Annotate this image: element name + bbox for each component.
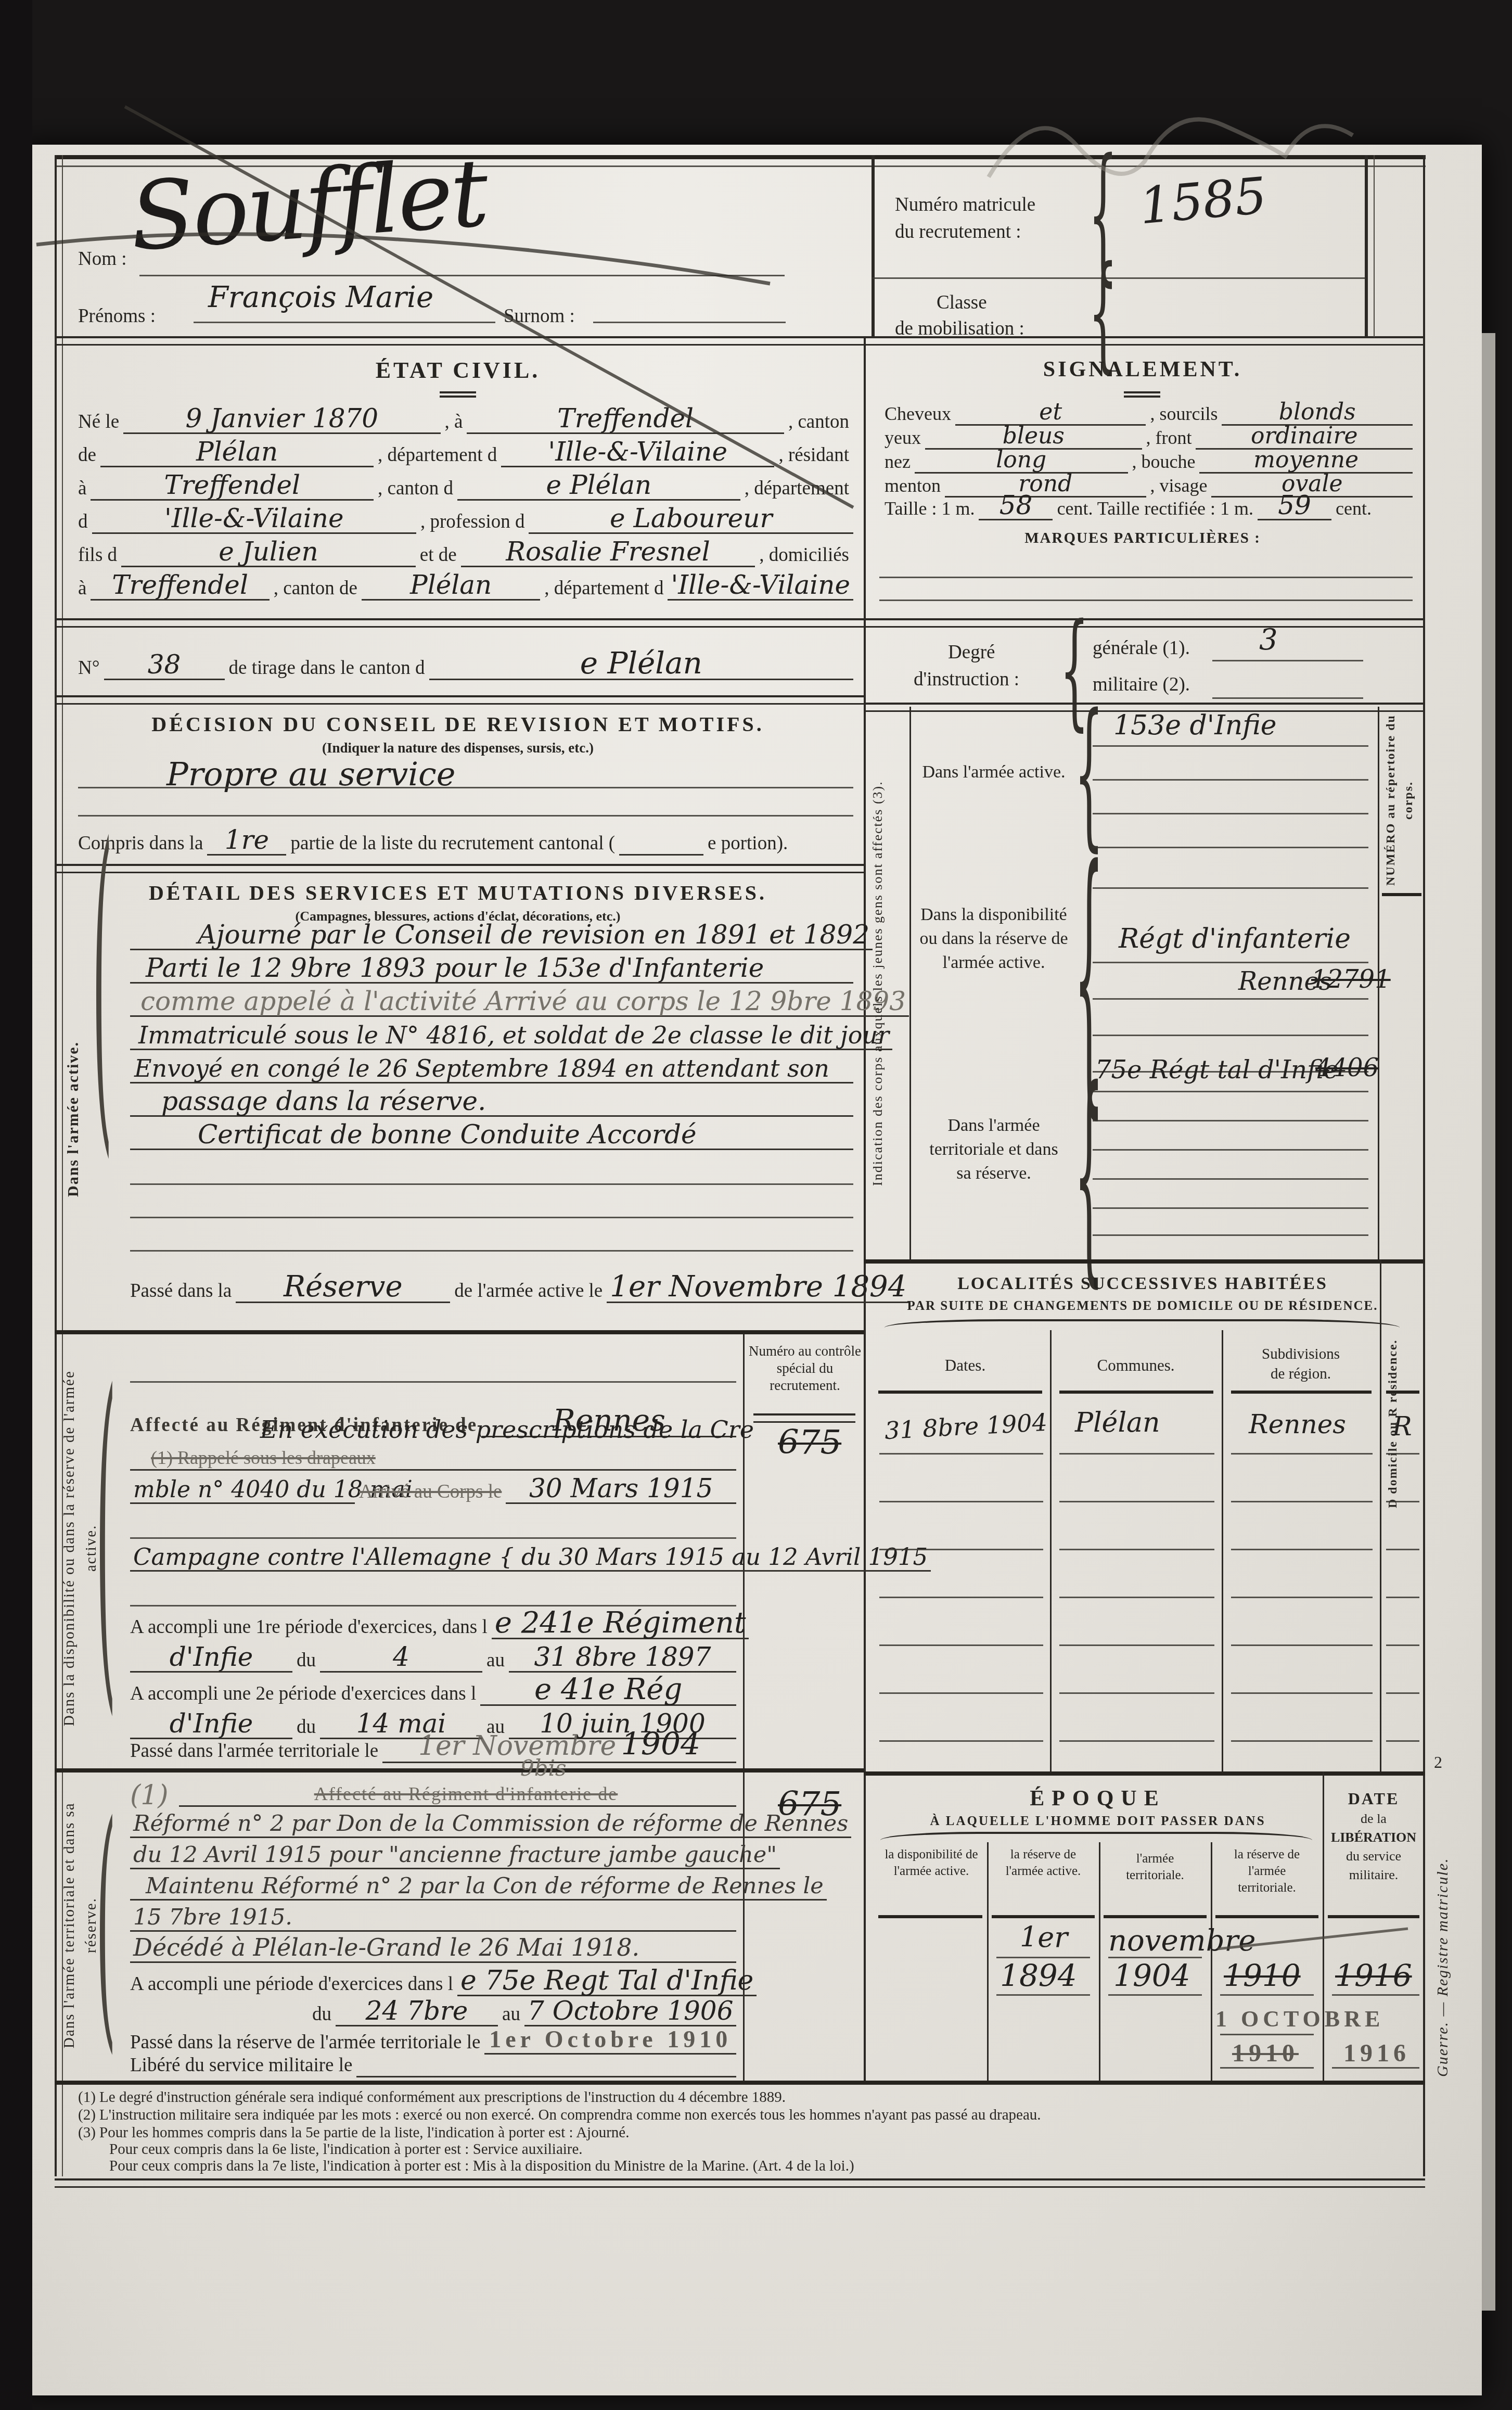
label: Passé dans la [130,1280,236,1303]
rule [1231,1597,1373,1598]
rule [78,815,853,817]
field-line: 38 [104,654,225,680]
field-line [356,2076,736,2077]
title-flourish [440,389,476,400]
rule [1386,1549,1419,1550]
epoque-col-divider [1211,1842,1212,2081]
rule [1386,1501,1419,1502]
epoque-col-1: la réserve de l'armée active. [994,1846,1093,1880]
tirage-row: N° 38 de tirage dans le canton d e Pléla… [78,648,853,680]
label: , domiciliés [755,544,853,567]
value: 4 [393,1642,409,1672]
field-line: (1) Rappelé sous les drapeaux [130,1447,736,1471]
footnote-1: (1) Le degré d'instruction générale sera… [78,2089,786,2106]
periode1-dates-row: d'Infie du 4 au 31 8bre 1897 [130,1640,736,1673]
rule [130,1250,853,1252]
tirage-no: 38 [148,649,181,680]
field-line: 1re [207,829,286,856]
rule [1231,1501,1373,1502]
rule [55,1768,864,1773]
au-label: au [498,2003,524,2026]
service-line: Immatriculé sous le N° 4816, et soldat d… [130,1019,853,1050]
localites-col-subdiv-2: de région. [1271,1366,1331,1383]
stamp: 1er Octobre 1910 [489,2026,732,2052]
label: fils d [78,544,121,567]
value: Réserve [284,1270,403,1304]
field-line: e 241e Régiment [492,1611,749,1639]
value: e Plélan [546,470,651,500]
field-line: e Plélan [457,474,740,501]
rule [1059,1692,1214,1694]
field-line: 9 Janvier 1870 [123,407,440,434]
rule [1231,1644,1373,1646]
degre-label-1: Degré [948,641,995,664]
label: , front [1142,427,1196,450]
rule [879,1597,1043,1598]
field-line: Immatriculé sous le N° 4816, et soldat d… [130,1025,892,1050]
corps-terr-value: 75e Régt tal d'Infie [1095,1060,1338,1081]
rule [879,577,1413,578]
field-line: 1er Octobre 1910 [484,2025,736,2055]
margin-caption: Guerre. — Registre matricule. [1432,1785,1456,2149]
campagne-row: Campagne contre l'Allemagne { du 30 Mars… [130,1539,736,1572]
rule [879,1692,1043,1694]
field-line: Certificat de bonne Conduite Accordé [130,1124,853,1150]
rule [1093,1035,1368,1036]
localites-commune: Plélan [1075,1411,1160,1434]
label: Passé dans l'armée territoriale le [130,1740,382,1763]
rule [1059,1501,1214,1502]
field-line: Treffendel [91,574,269,601]
field-line: comme appelé à l'activité Arrivé au corp… [130,990,909,1017]
rule [878,1915,982,1918]
matricule-box-right-border [1365,155,1368,337]
decede-line: Décédé à Plélan-le-Grand le 26 Mai 1918. [130,1933,736,1963]
rule [879,600,1413,601]
rule [879,1644,1043,1646]
rule [55,618,1425,628]
field-line: e Julien [121,541,416,567]
field-line: mble n° 4040 du 18 mai [130,1480,355,1504]
affecte-row-2: (1) Affecté au Régiment d'infanterie de [130,1776,736,1807]
service-line: Parti le 12 9bre 1893 pour le 153e d'Inf… [130,952,853,984]
epoque-1904: 1904 [1113,1963,1190,1988]
value: bleus [1003,423,1065,449]
value: long [996,447,1046,473]
rule [55,695,864,705]
taille-row: Taille : 1 m. 58 cent. Taille rectifiée … [885,496,1413,520]
field-line: 58 [979,494,1053,520]
rule [1093,1207,1368,1209]
label: Cheveux [885,403,955,426]
epoque-col-divider [987,1842,989,2081]
militaire-label: militaire (2). [1093,673,1190,696]
periode-exercices-dates: du 24 7bre au 7 Octobre 1906 [130,1998,736,2026]
localites-dr-value: R [1392,1416,1412,1438]
rule [1059,1549,1214,1550]
label: , résidant [774,444,853,467]
rule [55,336,1425,346]
epoque-1894: 1894 [1000,1963,1077,1988]
compris-value: 1re [225,825,269,855]
tirage-no-label: N° [78,657,104,680]
field-line: Maintenu Réformé n° 2 par la Con de réfo… [130,1873,827,1901]
decision-subtitle: (Indiquer la nature des dispenses, sursi… [322,740,594,756]
section-brace: ( [96,1791,116,2055]
decision-value: Propre au service [166,761,455,788]
services-title: DÉTAIL DES SERVICES ET MUTATIONS DIVERSE… [149,881,767,905]
surnom-line [593,322,786,323]
label: , canton de [270,577,362,601]
service-text: Ajourné par le Conseil de revision en 18… [198,920,869,950]
label: Libéré du service militaire le [130,2054,356,2077]
arrive-label: Arrivé au Corps le [355,1481,506,1504]
field-line: passage dans la réserve. [130,1090,853,1117]
epoque-date-divider [1323,1771,1324,2081]
rule [872,277,1365,279]
epoque-col-divider [1099,1842,1100,2081]
form-left-border [55,155,57,2176]
scanner-background-left [0,0,32,2410]
rule [879,1740,1043,1742]
label: Né le [78,411,123,434]
stamp-1910: 1910 [1232,2039,1299,2068]
label: de [78,444,100,467]
footnote-4: Pour ceux compris dans la 6e liste, l'in… [109,2141,583,2158]
corps-dispo-num: 12791 [1311,969,1391,990]
form-right-border [1423,155,1425,2176]
rule [1332,1994,1419,1996]
label: , département d [374,444,501,467]
rule [1386,1453,1419,1455]
field-line: Réserve [236,1274,450,1303]
value: d'Infie [170,1642,253,1672]
value: 'Ille-&-Vilaine [164,503,344,533]
du-label: du [292,1649,320,1673]
value: e 75e Regt Tal d'Infie [460,1965,753,1996]
footnote-3: (3) Pour les hommes compris dans la 5e p… [78,2124,629,2141]
label: , département d [540,577,668,601]
label: menton [885,475,945,498]
rule [1220,1994,1314,1996]
rule [1104,1915,1207,1918]
value: Plélan [410,570,492,600]
rule [1212,660,1363,661]
matricule-box-left-border [872,155,875,337]
marques-label: MARQUES PARTICULIÈRES : [1024,530,1261,547]
corps-side-label: Indication des corps auxquels les jeunes… [867,713,907,1254]
value: 59 [1278,490,1311,520]
numero-controle-header: Numéro au contrôle spécial du recrutemen… [748,1343,862,1394]
matricule-label-1: Numéro matricule [895,194,1035,216]
rule [130,1381,736,1383]
rule [1231,1549,1373,1550]
prenoms-label: Prénoms : [78,305,156,327]
field-line: 'Ille-&-Vilaine [501,441,774,467]
rule [1231,1740,1373,1742]
field-line: e Laboureur [529,507,853,534]
text: Réformé n° 2 par Don de la Commission de… [133,1810,848,1837]
du-label: du [308,2003,336,2026]
rappele-handwritten-1: En exécution des prescriptions de la Cre [260,1420,754,1440]
label: cent. Taille rectifiée : 1 m. [1053,498,1258,520]
value: 7 Octobre 1906 [528,1996,734,2026]
prenoms-value: François Marie [208,285,433,310]
footnote-5: Pour ceux compris dans la 7e liste, l'in… [109,2158,854,2175]
label: , profession d [416,511,529,534]
label: , bouche [1128,451,1200,474]
flourish [880,1832,1312,1840]
matricule-value: 1585 [1137,167,1269,236]
field-line: 15 7bre 1915. [130,1904,736,1932]
field-line: 30 Mars 1915 [506,1477,736,1504]
corps-dispo-label: Dans la disponibilité ou dans la réserve… [913,903,1074,975]
rule [878,1391,1042,1394]
flourish [885,1319,1400,1328]
stamp-1-octobre: 1 OCTOBRE [1215,2006,1384,2032]
rule [879,1453,1043,1455]
service-line: passage dans la réserve. [130,1086,853,1117]
label: A accompli une 1re période d'exercices, … [130,1616,492,1639]
etat-civil-row: fils d e Julien et de Rosalie Fresnel , … [78,535,853,567]
field-line [619,854,703,856]
rule [1093,1120,1368,1121]
field-line: 'Ille-&-Vilaine [668,574,853,601]
prenoms-line [194,322,495,323]
section-brace: ( [96,1349,116,1716]
localites-col-dates: Dates. [945,1356,985,1375]
tirage-value: e Plélan [580,645,702,681]
field-line: Plélan [362,574,540,601]
rule [1382,893,1421,896]
field-line: e 75e Regt Tal d'Infie [457,1969,757,1996]
value: Treffendel [164,470,300,500]
rule [996,1994,1090,1996]
register-scan: Nom : Soufflet Prénoms : François Marie … [0,0,1512,2410]
label: A accompli une 2e période d'exercices da… [130,1682,480,1706]
title-flourish [1124,389,1160,400]
etat-civil-row: d 'Ille-&-Vilaine , profession d e Labou… [78,502,853,534]
rule [753,1413,855,1423]
value: 'Ille-&-Vilaine [671,570,850,600]
rule [1093,887,1368,889]
side-label-armee-active: Dans l'armée active. [62,916,88,1322]
corps-dispo-value: Régt d'infanterie [1119,927,1351,950]
text: Décédé à Plélan-le-Grand le 26 Mai 1918. [133,1933,639,1961]
column-divider [864,336,866,2081]
etat-civil-title: ÉTAT CIVIL. [376,357,541,384]
field-line: d'Infie [130,1646,292,1673]
value: Plélan [196,437,278,467]
rule [879,1501,1043,1502]
epoque-novembre: novembre [1108,1929,1255,1954]
value: 24 7bre [366,1996,468,2026]
value: e Laboureur [610,503,772,533]
field-line: Ajourné par le Conseil de revision en 18… [130,924,873,950]
field-line: e 41e Rég [480,1677,736,1706]
service-text: comme appelé à l'activité Arrivé au corp… [140,986,906,1016]
rule [1093,1234,1368,1236]
label: , sourcils [1146,403,1222,426]
localites-subdiv: Rennes [1249,1413,1346,1436]
au-label: au [482,1649,509,1673]
rule [879,1549,1043,1550]
field-line: Treffendel [91,474,374,501]
reforme-line: Maintenu Réformé n° 2 par la Con de réfo… [130,1870,736,1901]
value: ordinaire [1251,423,1357,449]
service-line: Certificat de bonne Conduite Accordé [130,1119,853,1150]
corps-terr-label: Dans l'armée territoriale et dans sa rés… [921,1114,1067,1185]
passe-value: 1904 [621,1726,701,1763]
rule [1093,1091,1368,1092]
nom-label: Nom : [78,248,127,270]
localites-dr-divider [1380,1259,1381,1771]
stamp-1916: 1916 [1343,2039,1410,2068]
periode2-row: A accompli une 2e période d'exercices da… [130,1674,736,1706]
value: Rosalie Fresnel [506,537,710,567]
rule [1215,1915,1318,1918]
value: moyenne [1253,447,1359,473]
rappele-printed: (1) Rappelé sous les drapeaux [151,1447,376,1468]
field-line: 59 [1258,494,1331,520]
text: Maintenu Réformé n° 2 par la Con de réfo… [146,1873,824,1899]
hand-mark: (1) [130,1784,179,1807]
localites-date: 31 8bre 1904 [884,1412,1047,1441]
localites-col-divider [1222,1330,1223,1771]
etat-civil-row: Né le 9 Janvier 1870 , à Treffendel , ca… [78,402,853,434]
generale-value: 3 [1259,628,1278,653]
numero-controle-value: 675 [778,1429,841,1457]
rule [1220,2067,1314,2069]
campagne-value: Campagne contre l'Allemagne { du 30 Mars… [133,1543,928,1571]
field-line: 4 [320,1646,482,1673]
rule [1386,1740,1419,1742]
reforme-line: 15 7bre 1915. [130,1902,736,1932]
rule [1093,998,1368,1000]
service-line: Ajourné par le Conseil de revision en 18… [130,919,853,950]
field-line: 7 Octobre 1906 [524,2000,737,2026]
matricule-label-2: du recrutement : [895,221,1021,243]
date-header-1: DATE [1348,1789,1400,1808]
text: 15 7bre 1915. [133,1904,292,1930]
label: de l'armée active le [450,1280,607,1303]
field-line: du 12 Avril 1915 pour "ancienne fracture… [130,1842,780,1869]
rule [1093,1149,1368,1151]
epoque-col-2: l'armée territoriale. [1106,1851,1205,1884]
label: nez [885,451,915,474]
field-line: 24 7bre [336,2000,498,2026]
localites-col-divider [1050,1330,1052,1771]
reforme-line: Réformé n° 2 par Don de la Commission de… [130,1808,736,1838]
label: et de [416,544,461,567]
rule [1220,2034,1314,2035]
value: e Julien [219,537,318,567]
classe-brace: { [1088,249,1118,375]
classe-label-1: Classe [937,291,987,314]
label: cent. [1331,498,1376,520]
rule [1093,745,1368,747]
rule [864,1771,1425,1776]
label: à [78,577,91,601]
tirage-text: de tirage dans le canton d [225,657,429,680]
decision-title: DÉCISION DU CONSEIL DE REVISION ET MOTIF… [151,712,764,736]
date-header-2: de la [1361,1811,1387,1827]
field-line: 1er Novembre 1894 [607,1274,909,1303]
localites-col-communes: Communes. [1097,1356,1175,1375]
rule [1093,962,1368,963]
label: , canton d [374,477,457,501]
label: , à [441,411,467,434]
rule [1386,1644,1419,1646]
localites-title: LOCALITÉS SUCCESSIVES HABITÉES [957,1274,1328,1294]
passe-reserve-row: Passé dans la Réserve de l'armée active … [130,1272,853,1303]
corps-brace: { [1074,1059,1104,1288]
value: 'Ille-&-Vilaine [548,437,728,467]
text: du 12 Avril 1915 pour "ancienne fracture… [133,1842,777,1868]
rule [864,1259,1425,1264]
field-line: Envoyé en congé le 26 Septembre 1894 en … [130,1059,853,1083]
rule [1059,1453,1214,1455]
field-line: 'Ille-&-Vilaine [92,507,417,534]
classe-label-2: de mobilisation : [895,317,1024,340]
rule [55,1330,864,1334]
rule [1093,1178,1368,1180]
arrive-value: 30 Mars 1915 [529,1473,713,1503]
rule [1231,1692,1373,1694]
field-line: Plélan [100,441,374,467]
rule [1328,1915,1419,1918]
signalement-row: menton rond , visage ovale [885,474,1413,498]
value: 9 Janvier 1870 [186,403,379,433]
field-line: 31 8bre 1897 [509,1646,736,1673]
label: à [78,477,91,501]
rule [1059,1597,1214,1598]
etat-civil-row: de Plélan , département d 'Ille-&-Vilain… [78,435,853,467]
epoque-subtitle: À LAQUELLE L'HOMME DOIT PASSER DANS [930,1814,1265,1829]
periode1-row: A accompli une 1re période d'exercices, … [130,1607,736,1639]
rule [55,2178,1425,2188]
service-text: Parti le 12 9bre 1893 pour le 153e d'Inf… [146,953,764,983]
field-line: Réformé n° 2 par Don de la Commission de… [130,1810,851,1838]
etat-civil-row: à Treffendel , canton de Plélan , départ… [78,568,853,601]
field-line: Décédé à Plélan-le-Grand le 26 Mai 1918. [130,1933,736,1963]
field-line: Parti le 12 9bre 1893 pour le 153e d'Inf… [130,957,853,984]
rule [55,864,864,873]
rule [55,2081,1425,2085]
etat-civil-row: à Treffendel , canton d e Plélan , dépar… [78,468,853,501]
corps-active-label: Dans l'armée active. [916,761,1072,784]
rule [1212,697,1363,699]
rule [1386,1597,1419,1598]
rule [130,1217,853,1218]
label: Passé dans la réserve de l'armée territo… [130,2031,484,2055]
rule [1093,813,1368,814]
rule [1059,1391,1213,1394]
margin-page-number: 2 [1434,1753,1442,1772]
rule [1386,1391,1419,1394]
value: e 241e Régiment [495,1606,746,1640]
service-line: Envoyé en congé le 26 Septembre 1894 en … [130,1052,853,1083]
affecte-overwrite: 9bis [520,1759,567,1778]
value: Treffendel [112,570,248,600]
rule [992,1915,1095,1918]
nom-line [139,275,785,276]
field-line: Treffendel [467,407,784,434]
rule [1386,1692,1419,1694]
reforme-line: du 12 Avril 1915 pour "ancienne fracture… [130,1839,736,1869]
rule [1059,1740,1214,1742]
footnote-2: (2) L'instruction militaire sera indiqué… [78,2107,1041,2124]
